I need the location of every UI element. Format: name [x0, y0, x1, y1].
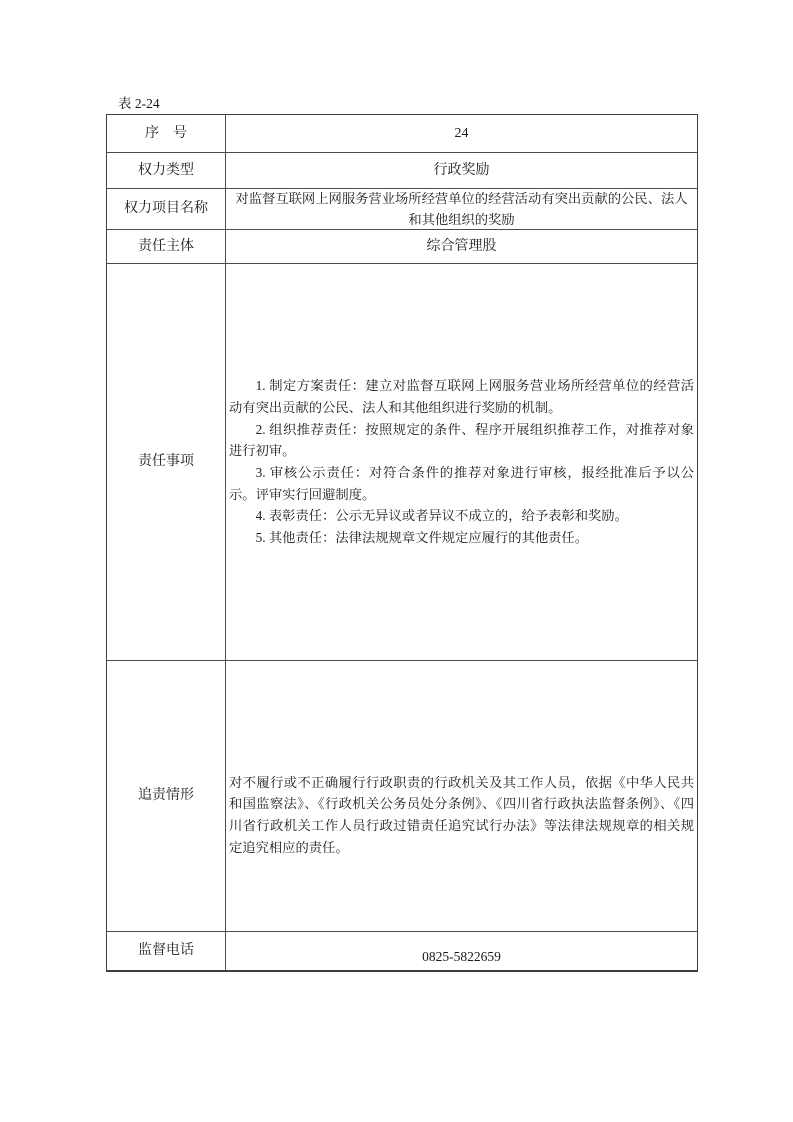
responsibility-item-5: 5. 其他责任：法律法规规章文件规定应履行的其他责任。: [229, 527, 694, 549]
responsibility-table: 序 号 24 权力类型 行政奖励 权力项目名称 对监督互联网上网服务营业场所经营…: [106, 114, 698, 972]
accountability-label: 追责情形: [107, 661, 226, 931]
table-row-power-type: 权力类型 行政奖励: [107, 153, 697, 189]
responsible-entity-value: 综合管理股: [226, 230, 697, 263]
table-row-serial-number: 序 号 24: [107, 115, 697, 153]
table-row-supervision-phone: 监督电话 0825-5822659: [107, 932, 697, 970]
responsibility-item-4: 4. 表彰责任：公示无异议或者异议不成立的，给予表彰和奖励。: [229, 505, 694, 527]
table-row-power-item-name: 权力项目名称 对监督互联网上网服务营业场所经营单位的经营活动有突出贡献的公民、法…: [107, 189, 697, 230]
responsibility-item-2: 2. 组织推荐责任：按照规定的条件、程序开展组织推荐工作，对推荐对象进行初审。: [229, 419, 694, 462]
table-caption: 表 2-24: [118, 96, 160, 112]
power-item-name-value: 对监督互联网上网服务营业场所经营单位的经营活动有突出贡献的公民、法人和其他组织的…: [226, 189, 697, 229]
document-page: 表 2-24 序 号 24 权力类型 行政奖励 权力项目名称 对监督互联网上网服…: [0, 0, 793, 1122]
responsibility-item-1: 1. 制定方案责任：建立对监督互联网上网服务营业场所经营单位的经营活动有突出贡献…: [229, 375, 694, 418]
accountability-text: 对不履行或不正确履行行政职责的行政机关及其工作人员，依据《中华人民共和国监察法》…: [229, 772, 694, 859]
serial-number-value: 24: [226, 115, 697, 152]
supervision-phone-value: 0825-5822659: [226, 932, 697, 970]
supervision-phone-label: 监督电话: [107, 932, 226, 970]
power-type-label: 权力类型: [107, 153, 226, 188]
responsibility-item-3: 3. 审核公示责任：对符合条件的推荐对象进行审核，报经批准后予以公示。评审实行回…: [229, 462, 694, 505]
responsibility-items-label: 责任事项: [107, 264, 226, 660]
responsible-entity-label: 责任主体: [107, 230, 226, 263]
power-type-value: 行政奖励: [226, 153, 697, 188]
accountability-value: 对不履行或不正确履行行政职责的行政机关及其工作人员，依据《中华人民共和国监察法》…: [226, 661, 697, 931]
table-row-accountability: 追责情形 对不履行或不正确履行行政职责的行政机关及其工作人员，依据《中华人民共和…: [107, 661, 697, 932]
serial-number-label: 序 号: [107, 115, 226, 152]
responsibility-items-value: 1. 制定方案责任：建立对监督互联网上网服务营业场所经营单位的经营活动有突出贡献…: [226, 264, 697, 660]
table-row-responsible-entity: 责任主体 综合管理股: [107, 230, 697, 264]
power-item-name-label: 权力项目名称: [107, 189, 226, 229]
table-row-responsibility-items: 责任事项 1. 制定方案责任：建立对监督互联网上网服务营业场所经营单位的经营活动…: [107, 264, 697, 661]
